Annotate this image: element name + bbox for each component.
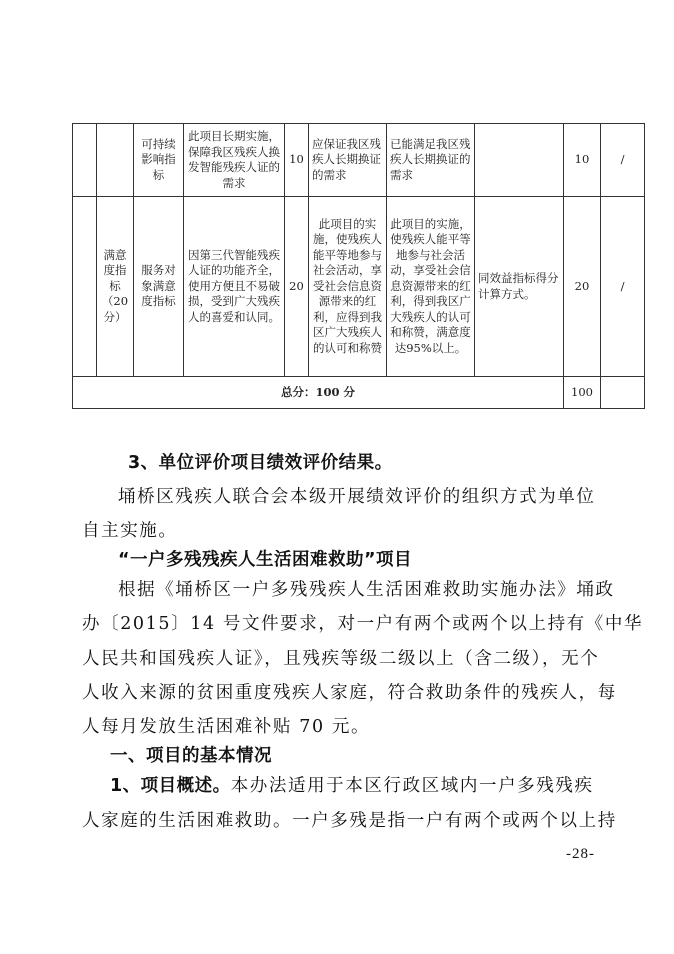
level3-indicator-cell: 可持续影响指标 (134, 124, 184, 197)
level3-indicator-cell: 服务对象满意度指标 (134, 197, 184, 377)
weight-cell: 20 (285, 197, 309, 377)
paragraph-line: 人每月发放生活困难补贴 70 元。 (82, 713, 602, 738)
actual-value-cell: 已能满足我区残疾人长期换证的需求 (387, 124, 475, 197)
section-heading-1: 一、项目的基本情况 (110, 742, 630, 767)
table-row: 满意度指标（20分） 服务对象满意度指标 因第三代智能残疾人证的功能齐全，使用方… (73, 197, 645, 377)
level2-indicator-cell: 满意度指标（20分） (97, 197, 134, 377)
paragraph-line: 人民共和国残疾人证》，且残疾等级二级以上（含二级），无个 (82, 645, 602, 670)
level1-indicator-cell (73, 197, 97, 377)
total-label: 总分：100 分 (73, 377, 564, 409)
page-number: -28- (566, 846, 595, 863)
project-title: “一户多残残疾人生活困难救助”项目 (118, 546, 638, 571)
paragraph-line: 埇桥区残疾人联合会本级开展绩效评价的组织方式为单位 (118, 483, 638, 508)
paragraph-line: 人收入来源的贫困重度残疾人家庭，符合救助条件的残疾人，每 (82, 679, 602, 704)
document-page: 可持续影响指标 此项目长期实施，保障我区残疾人换发智能残疾人证的需求 10 应保… (0, 0, 674, 954)
indicator-content-cell: 此项目长期实施，保障我区残疾人换发智能残疾人证的需求 (184, 124, 285, 197)
indicator-content-cell: 因第三代智能残疾人证的功能齐全，使用方便且不易破损，受到广大残疾人的喜爱和认同。 (184, 197, 285, 377)
target-value-cell: 应保证我区残疾人长期换证的需求 (309, 124, 387, 197)
paragraph-line: 自主实施。 (82, 517, 602, 542)
actual-value-cell: 此项目的实施，使残疾人能平等地参与社会活动，享受社会信息资源带来的红利，得到我区… (387, 197, 475, 377)
paragraph-line: 根据《埇桥区一户多残残疾人生活困难救助实施办法》埇政 (118, 576, 638, 601)
level2-indicator-cell (97, 124, 134, 197)
weight-cell: 10 (285, 124, 309, 197)
paragraph-line: 办〔2015〕14 号文件要求，对一户有两个或两个以上持有《中华 (82, 610, 602, 635)
score-cell: 10 (564, 124, 601, 197)
total-score-cell: 100 (564, 377, 601, 409)
total-row: 总分：100 分 100 (73, 377, 645, 409)
table-row: 可持续影响指标 此项目长期实施，保障我区残疾人换发智能残疾人证的需求 10 应保… (73, 124, 645, 197)
overview-label: 1、项目概述。 (110, 776, 231, 796)
scoring-method-cell (475, 124, 564, 197)
section-heading-3: 3、单位评价项目绩效评价结果。 (128, 449, 648, 474)
total-remark-cell (601, 377, 645, 409)
performance-indicator-table: 可持续影响指标 此项目长期实施，保障我区残疾人换发智能残疾人证的需求 10 应保… (72, 123, 645, 409)
target-value-cell: 此项目的实施，使残疾人能平等地参与社会活动，享受社会信息资源带来的红利，应得到我… (309, 197, 387, 377)
overview-text: 本办法适用于本区行政区域内一户多残残疾 (231, 776, 594, 796)
score-cell: 20 (564, 197, 601, 377)
paragraph-line: 1、项目概述。本办法适用于本区行政区域内一户多残残疾 (110, 772, 630, 797)
remark-cell: / (601, 124, 645, 197)
level1-indicator-cell (73, 124, 97, 197)
paragraph-line: 人家庭的生活困难救助。一户多残是指一户有两个或两个以上持 (82, 807, 602, 832)
remark-cell: / (601, 197, 645, 377)
scoring-method-cell: 同效益指标得分计算方式。 (475, 197, 564, 377)
